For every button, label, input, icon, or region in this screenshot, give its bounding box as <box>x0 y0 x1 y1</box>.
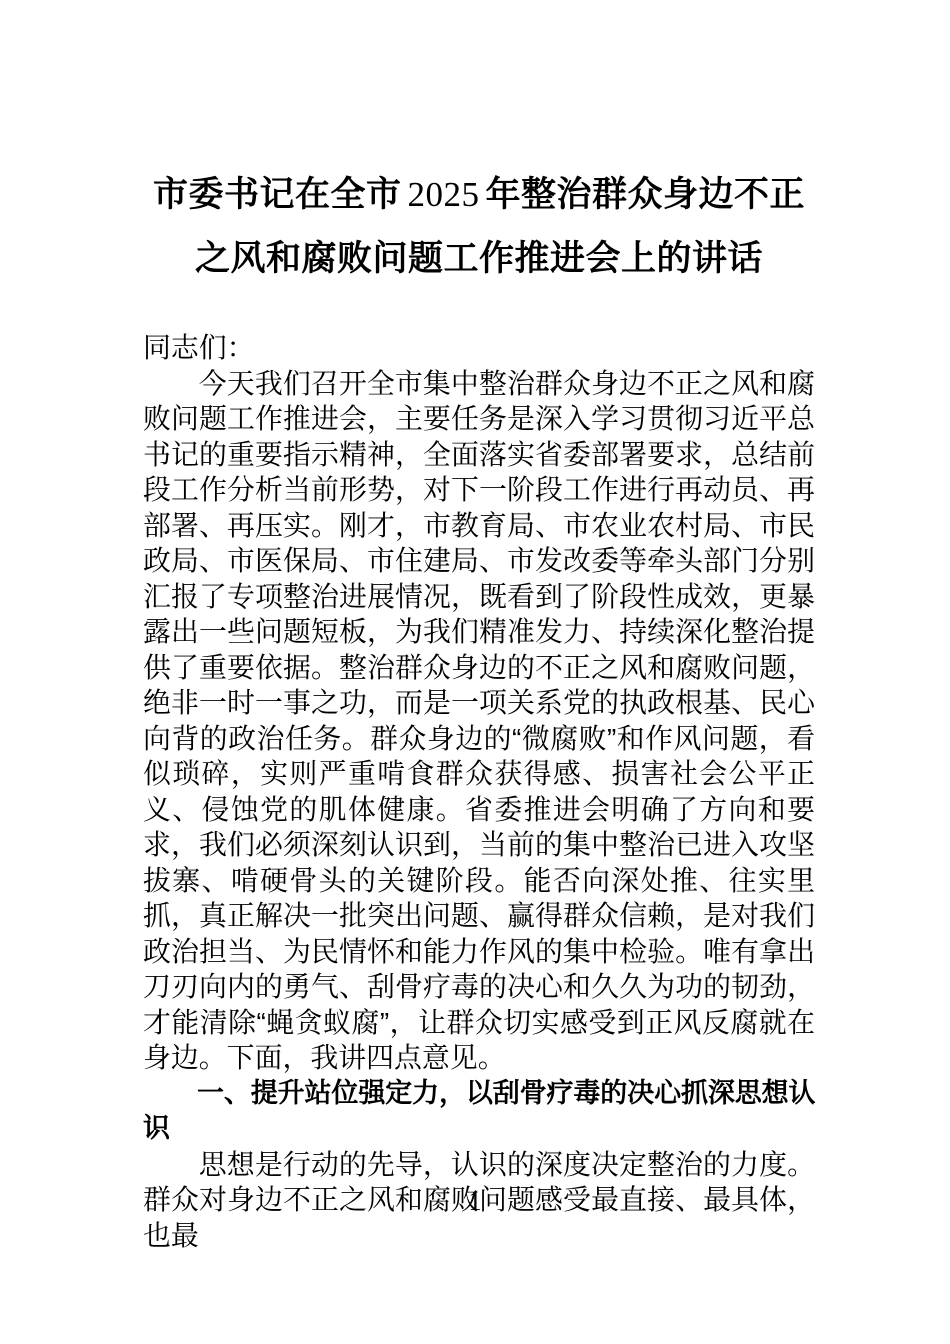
page-footer: 1 <box>0 1186 950 1216</box>
document-page: 市委书记在全市2025年整治群众身边不正之风和腐败问题工作推进会上的讲话 同志们… <box>0 0 950 1344</box>
section-heading-1: 一、提升站位强定力，以刮骨疗毒的决心抓深思想认识 <box>143 1076 815 1147</box>
document-title: 市委书记在全市2025年整治群众身边不正之风和腐败问题工作推进会上的讲话 <box>143 0 815 291</box>
document-body: 同志们： 今天我们召开全市集中整治群众身边不正之风和腐败问题工作推进会，主要任务… <box>143 330 815 1253</box>
body-paragraph-1: 今天我们召开全市集中整治群众身边不正之风和腐败问题工作推进会，主要任务是深入学习… <box>143 366 815 1076</box>
title-segment-1: 市委书记在全市 <box>153 175 402 214</box>
page-number: 1 <box>468 1186 482 1216</box>
title-year: 2025 <box>402 175 486 214</box>
salutation-line: 同志们： <box>143 330 815 366</box>
